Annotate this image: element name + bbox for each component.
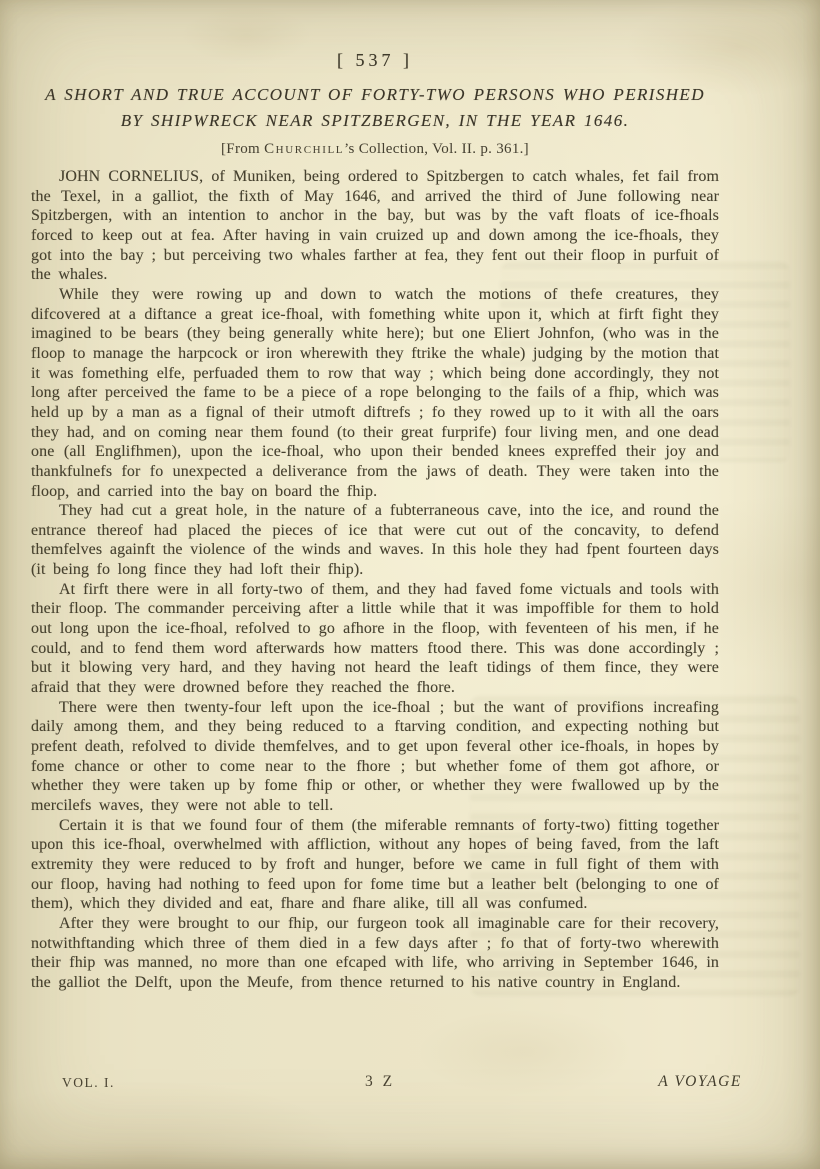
article-title: A SHORT AND TRUE ACCOUNT OF FORTY-TWO PE…: [16, 82, 734, 134]
publisher-name: Churchill: [264, 141, 344, 157]
page-footer: VOL. I. 3 Z A VOYAGE: [0, 1073, 820, 1095]
book-page: [ 537 ] A SHORT AND TRUE ACCOUNT OF FORT…: [0, 0, 820, 1169]
paragraph-2: While they were rowing up and down to wa…: [31, 285, 719, 501]
paragraph-1: JOHN CORNELIUS, of Muniken, being ordere…: [31, 167, 719, 285]
signature-mark: 3 Z: [0, 1073, 760, 1091]
catchword: A VOYAGE: [658, 1073, 742, 1091]
paragraph-7: After they were brought to our fhip, our…: [31, 914, 719, 993]
source-prefix: [From: [221, 141, 264, 157]
paragraph-6: Certain it is that we found four of them…: [31, 816, 719, 914]
page-number: [ 537 ]: [31, 50, 719, 71]
source-suffix: ’s Collection, Vol. II. p. 361.]: [344, 141, 529, 157]
article-body: JOHN CORNELIUS, of Muniken, being ordere…: [31, 167, 719, 993]
source-citation: [From Churchill’s Collection, Vol. II. p…: [31, 141, 719, 158]
paragraph-4: At firft there were in all forty-two of …: [31, 580, 719, 698]
paragraph-5: There were then twenty-four left upon th…: [31, 698, 719, 816]
paragraph-3: They had cut a great hole, in the nature…: [31, 501, 719, 580]
